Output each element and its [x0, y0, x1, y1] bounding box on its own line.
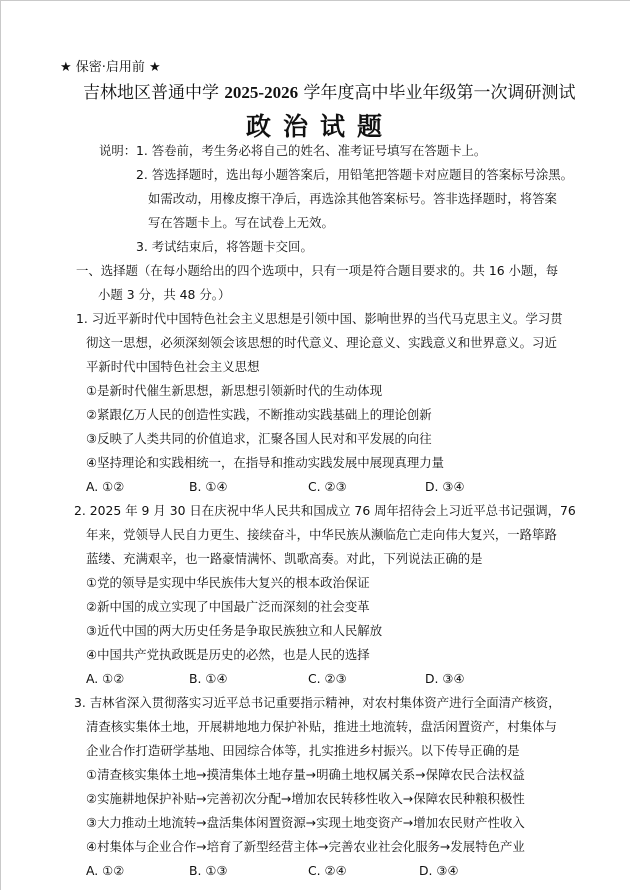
option-d: D. ③④	[425, 667, 465, 691]
statement: ③大力推动土地流转→盘活集体闲置资源→实现土地变资产→增加农民财产性收入	[86, 811, 525, 835]
instruction-1: 1. 答卷前，考生务必将自己的姓名、准考证号填写在答题卡上。	[136, 139, 486, 163]
option-b: B. ①③	[189, 859, 228, 883]
statement: ②紧跟亿万人民的创造性实践，不断推动实践基础上的理论创新	[86, 403, 432, 427]
statement: ③反映了人类共同的价值追求，汇聚各国人民对和平发展的向往	[86, 427, 432, 451]
question-stem-line: 平新时代中国特色社会主义思想	[86, 355, 259, 379]
statement: ③近代中国的两大历史任务是争取民族独立和人民解放	[86, 619, 382, 643]
option-c: C. ②③	[308, 667, 347, 691]
statement: ②实施耕地保护补贴→完善初次分配→增加农民转移性收入→保障农民种粮积极性	[86, 787, 525, 811]
question-stem-line: 年来，党领导人民自力更生、接续奋斗，中华民族从濒临危亡走向伟大复兴，一路筚路	[86, 523, 557, 547]
option-c: C. ②③	[308, 475, 347, 499]
statement: ①是新时代催生新思想，新思想引领新时代的生动体现	[86, 379, 382, 403]
exam-page: ★ 保密·启用前 ★ 吉林地区普通中学 2025-2026 学年度高中毕业年级第…	[0, 0, 630, 890]
question-stem-line: 蓝缕、充满艰辛，也一路豪情满怀、凯歌高奏。对此，下列说法正确的是	[86, 547, 483, 571]
option-a: A. ①②	[86, 859, 124, 883]
question-stem-line: 清查核实集体土地，开展耕地地力保护补贴，推进土地流转，盘活闲置资产，村集体与	[86, 715, 557, 739]
statement: ①清查核实集体土地→摸清集体土地存量→明确土地权属关系→保障农民合法权益	[86, 763, 525, 787]
question-stem-line: 企业合作打造研学基地、田园综合体等，扎实推进乡村振兴。以下传导正确的是	[86, 739, 520, 763]
statement: ④村集体与企业合作→培育了新型经营主体→完善农业社会化服务→发展特色产业	[86, 835, 525, 859]
instruction-2-cont-2: 写在答题卡上。写在试卷上无效。	[148, 211, 334, 235]
instruction-2: 2. 答选择题时，选出每小题答案后，用铅笔把答题卡对应题目的答案标号涂黑。	[136, 163, 573, 187]
section-heading: 一、选择题（在每小题给出的四个选项中，只有一项是符合题目要求的。共 16 小题，…	[76, 259, 558, 283]
question-stem-line: 彻这一思想，必须深刻领会该思想的时代意义、理论意义、实践意义和世界意义。习近	[86, 331, 557, 355]
exam-title-years: 2025-2026	[224, 83, 298, 102]
subject-title: 政治试题	[1, 107, 630, 143]
instructions-label: 说明：	[99, 139, 136, 163]
statement: ④坚持理论和实践相统一，在指导和推动实践发展中展现真理力量	[86, 451, 444, 475]
instruction-3: 3. 考试结束后，将答题卡交回。	[136, 235, 313, 259]
question-stem-line: 1. 习近平新时代中国特色社会主义思想是引领中国、影响世界的当代马克思主义。学习…	[76, 307, 563, 331]
option-c: C. ②④	[308, 859, 347, 883]
option-b: B. ①④	[189, 475, 228, 499]
exam-title-suffix: 学年度高中毕业年级第一次调研测试	[298, 83, 575, 103]
exam-title: 吉林地区普通中学 2025-2026 学年度高中毕业年级第一次调研测试	[83, 78, 575, 103]
confidential-label: ★ 保密·启用前 ★	[60, 56, 161, 75]
instruction-2-cont-1: 如需改动，用橡皮擦干净后，再选涂其他答案标号。答非选择题时，将答案	[148, 187, 557, 211]
statement: ②新中国的成立实现了中国最广泛而深刻的社会变革	[86, 595, 370, 619]
section-heading-cont: 小题 3 分，共 48 分。）	[98, 283, 230, 307]
exam-title-prefix: 吉林地区普通中学	[83, 83, 224, 103]
option-a: A. ①②	[86, 667, 124, 691]
question-stem-line: 3. 吉林省深入贯彻落实习近平总书记重要指示精神，对农村集体资产进行全面清产核资…	[74, 691, 561, 715]
option-a: A. ①②	[86, 475, 124, 499]
option-d: D. ③④	[425, 475, 465, 499]
statement: ①党的领导是实现中华民族伟大复兴的根本政治保证	[86, 571, 370, 595]
question-stem-line: 2. 2025 年 9 月 30 日在庆祝中华人民共和国成立 76 周年招待会上…	[74, 499, 576, 523]
option-d: D. ③④	[419, 859, 459, 883]
option-b: B. ①④	[189, 667, 228, 691]
statement: ④中国共产党执政既是历史的必然，也是人民的选择	[86, 643, 370, 667]
